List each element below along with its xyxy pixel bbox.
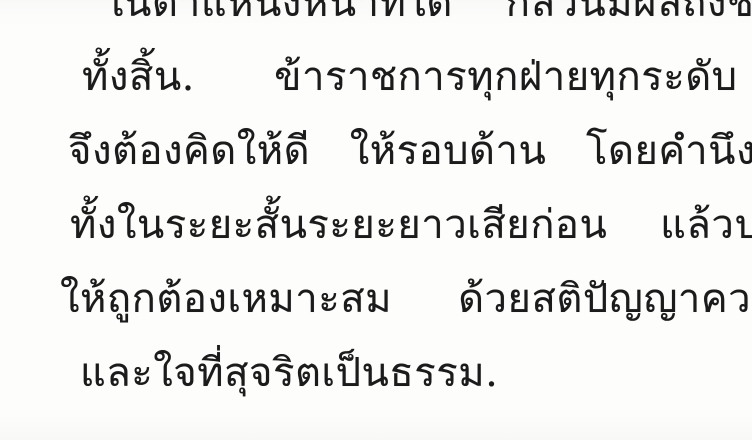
text-line-4: ทั้งในระยะสั้นระยะยาวเสียก่อน แล้วปฏิบัต…: [70, 188, 752, 262]
scanned-document-page: ในตำแหน่งหน้าที่ใด ก็ล้วนมีผลถึงชาติบ้าน…: [0, 0, 752, 440]
text-line-6: และใจที่สุจริตเป็นธรรม.: [80, 336, 752, 410]
text-line-2: ทั้งสิ้น. ข้าราชการทุกฝ่ายทุกระดับ ไม่ว่…: [82, 40, 752, 114]
text-line-1: ในตำแหน่งหน้าที่ใด ก็ล้วนมีผลถึงชาติบ้าน…: [104, 0, 752, 40]
text-line-5: ให้ถูกต้องเหมาะสม ด้วยสติปัญญาความสามารถ: [60, 262, 752, 336]
text-line-3: จึงต้องคิดให้ดี ให้รอบด้าน โดยคำนึงถึงผล…: [68, 114, 752, 188]
text-block: ในตำแหน่งหน้าที่ใด ก็ล้วนมีผลถึงชาติบ้าน…: [0, 0, 752, 410]
